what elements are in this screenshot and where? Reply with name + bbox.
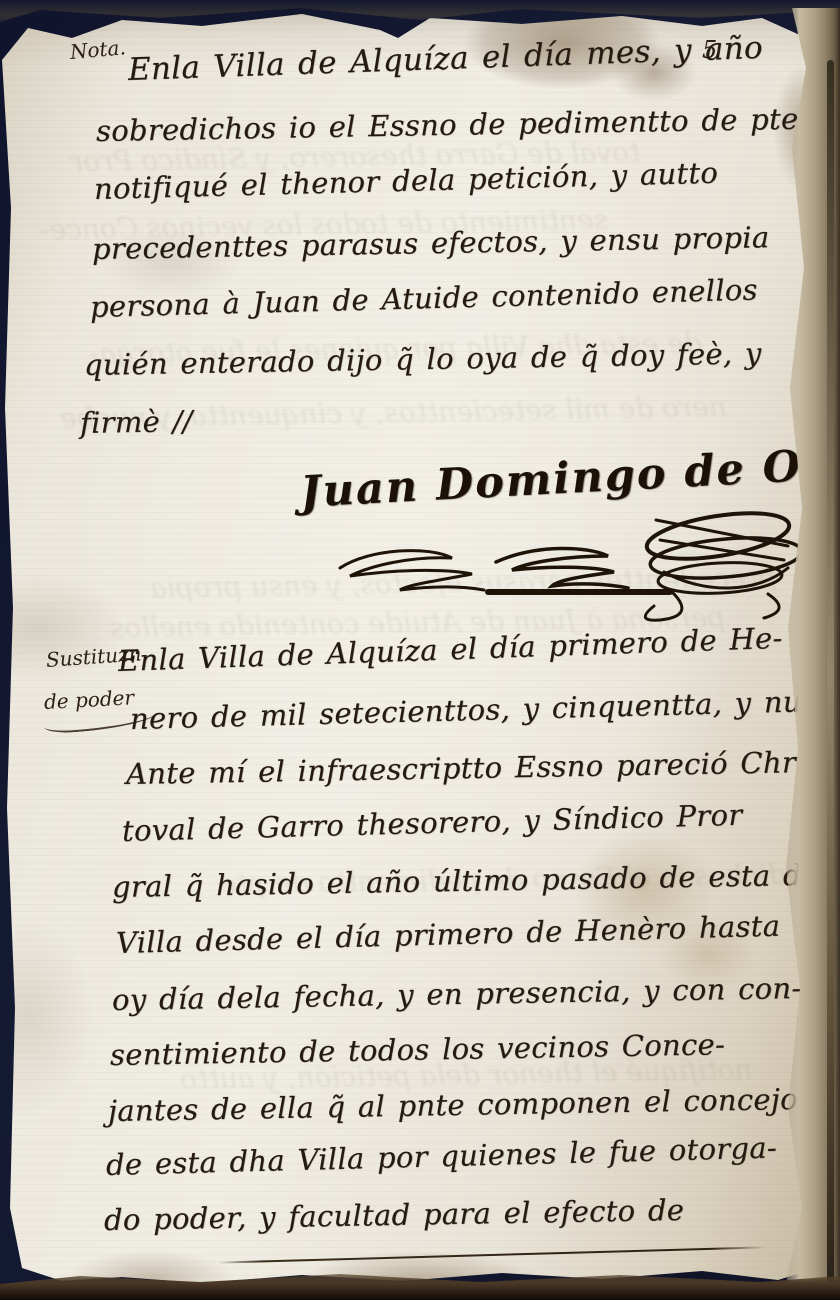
margin-note-nota: Nota. <box>69 35 127 64</box>
signature-rubric-flourish <box>320 506 820 626</box>
margin-note-sustitucion-line2: de poder <box>43 685 134 714</box>
manuscript-page: toval de Garro thesorero, y Síndico Pror… <box>0 0 840 1300</box>
adjacent-page-edge <box>827 60 834 1290</box>
manuscript-line: firmè // <box>80 404 193 440</box>
